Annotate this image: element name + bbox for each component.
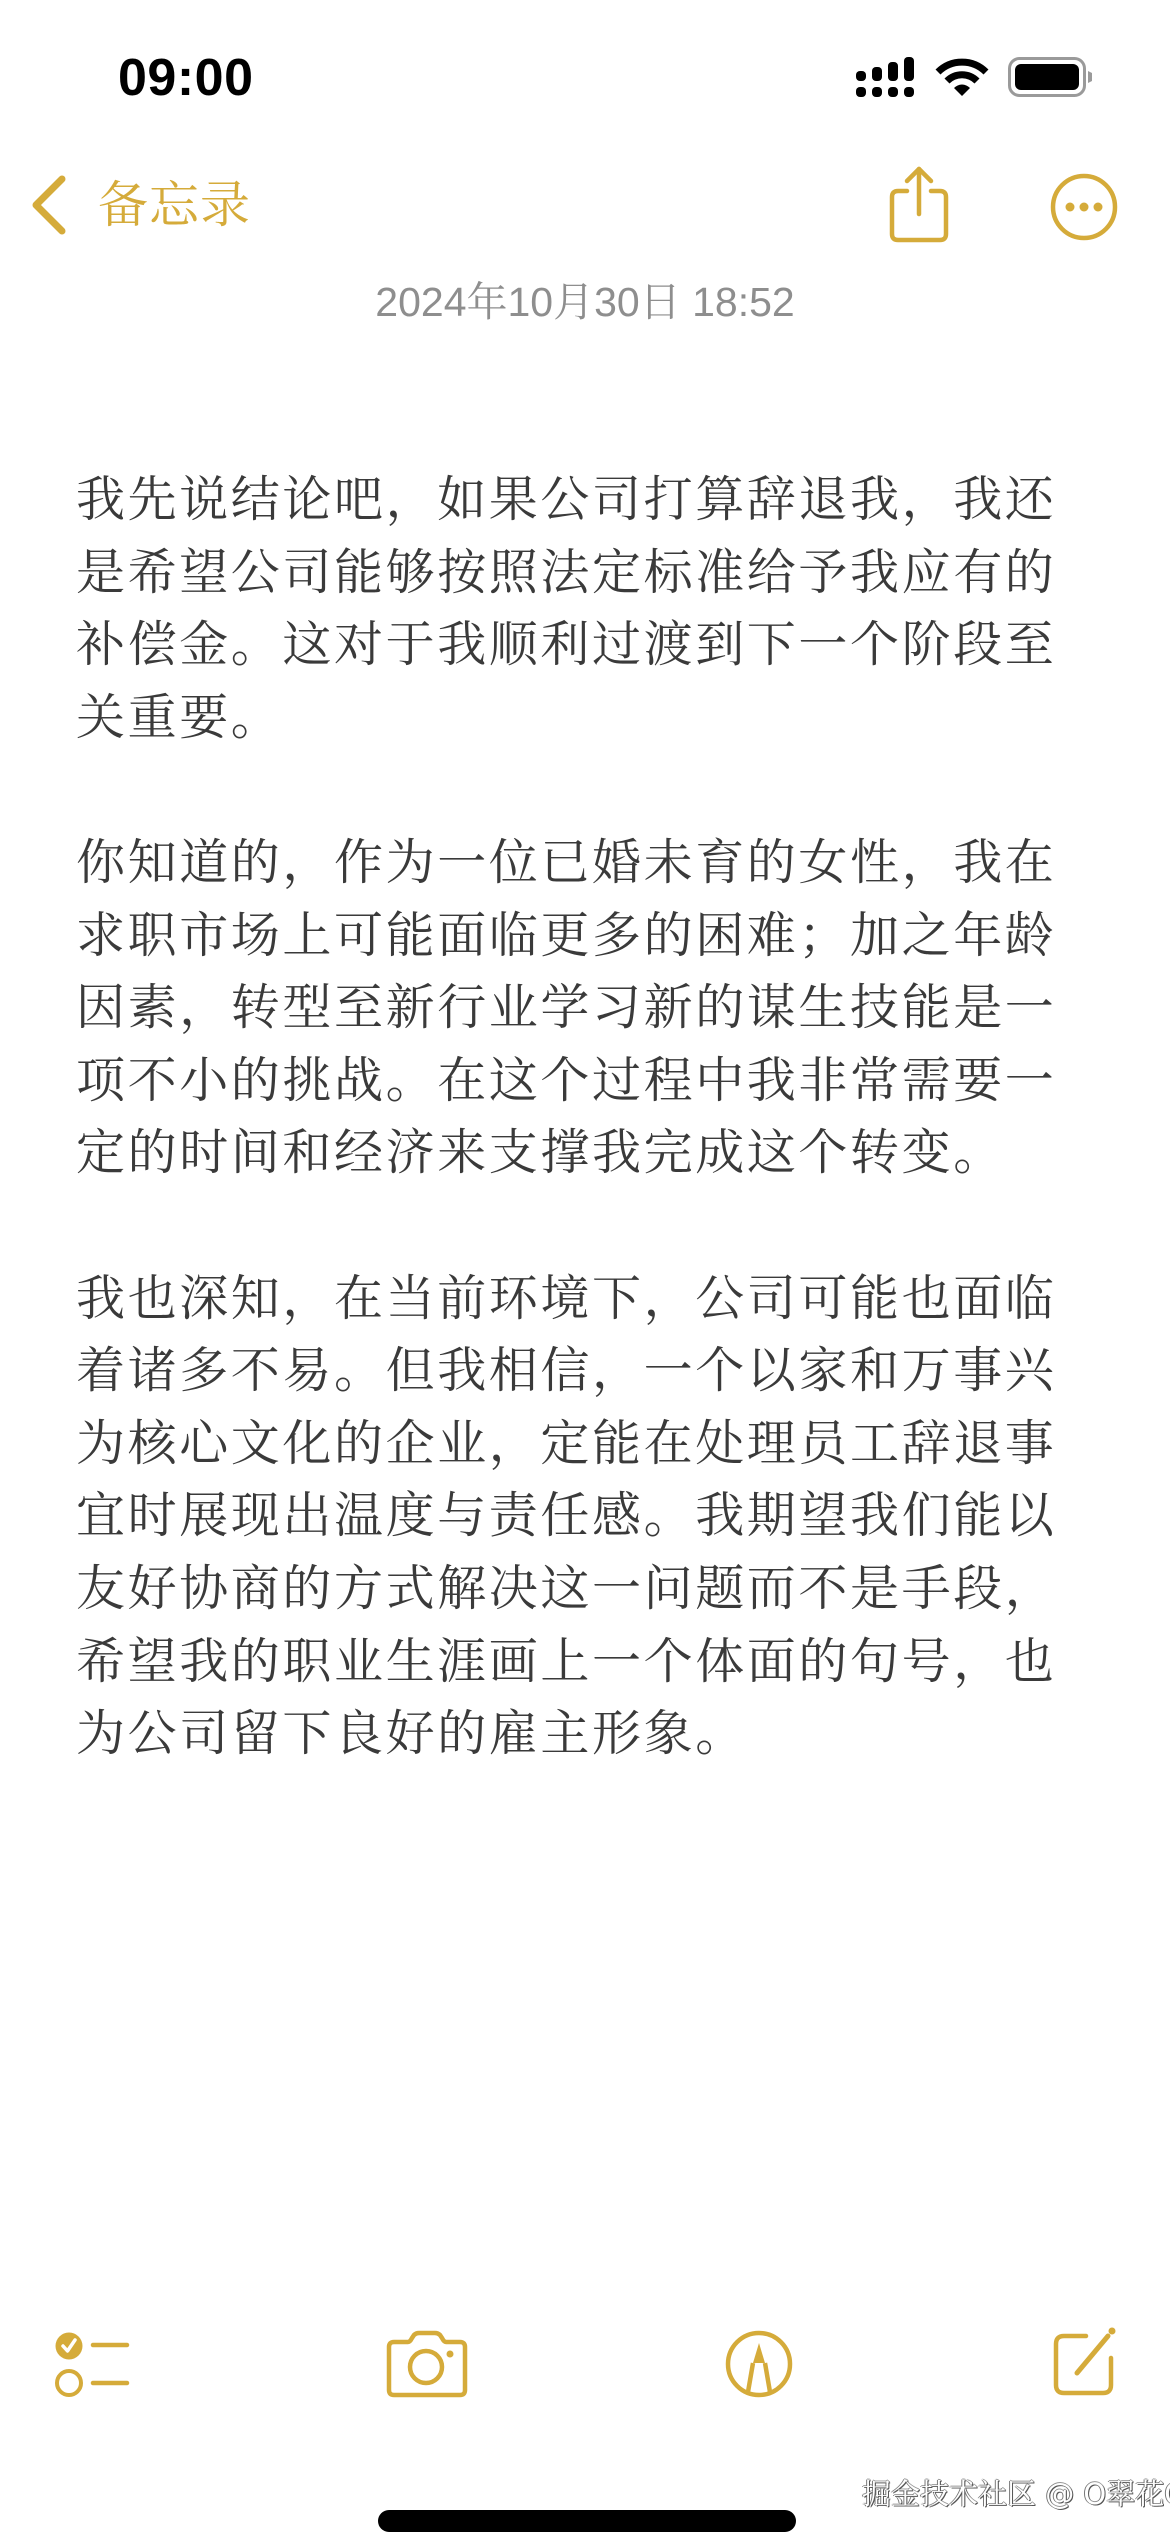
home-indicator[interactable] (378, 2510, 796, 2532)
note-line: 关重要。 (76, 682, 1076, 755)
share-icon[interactable] (886, 164, 952, 246)
more-ellipsis-icon[interactable] (1048, 171, 1120, 243)
chevron-left-icon (26, 175, 70, 235)
note-line: 宜时展现出温度与责任感。我期望我们能以 (76, 1480, 1076, 1553)
back-label: 备忘录 (98, 170, 251, 240)
cellular-signal-icon (856, 57, 914, 97)
compose-icon[interactable] (1048, 2326, 1120, 2402)
paragraph-spacer (76, 1190, 1076, 1263)
back-button[interactable]: 备忘录 (20, 170, 251, 240)
note-line: 友好协商的方式解决这一问题而不是手段， (76, 1553, 1076, 1626)
note-line: 希望我的职业生涯画上一个体面的句号，也 (76, 1626, 1076, 1699)
paragraph-spacer (76, 754, 1076, 827)
note-line: 我先说结论吧，如果公司打算辞退我，我还 (76, 464, 1076, 537)
checklist-icon[interactable] (52, 2326, 132, 2402)
note-line: 为核心文化的企业，定能在处理员工辞退事 (76, 1408, 1076, 1481)
paragraph-3: 我也深知，在当前环境下，公司可能也面临 着诸多不易。但我相信，一个以家和万事兴 … (76, 1263, 1076, 1771)
note-line: 因素，转型至新行业学习新的谋生技能是一 (76, 972, 1076, 1045)
markup-icon[interactable] (722, 2326, 796, 2402)
note-line: 求职市场上可能面临更多的困难；加之年龄 (76, 900, 1076, 973)
battery-icon (1008, 57, 1094, 97)
wifi-icon (935, 58, 989, 96)
note-timestamp: 2024年10月30日 18:52 (0, 276, 1170, 328)
note-line: 你知道的，作为一位已婚未育的女性，我在 (76, 827, 1076, 900)
note-line: 定的时间和经济来支撑我完成这个转变。 (76, 1117, 1076, 1190)
note-line: 为公司留下良好的雇主形象。 (76, 1698, 1076, 1771)
watermark: 掘金技术社区 @ O翠花O (862, 2474, 1170, 2514)
note-line: 我也深知，在当前环境下，公司可能也面临 (76, 1263, 1076, 1336)
note-body[interactable]: 我先说结论吧，如果公司打算辞退我，我还 是希望公司能够按照法定标准给予我应有的 … (76, 464, 1076, 1771)
note-line: 补偿金。这对于我顺利过渡到下一个阶段至 (76, 609, 1076, 682)
camera-icon[interactable] (384, 2326, 470, 2402)
paragraph-2: 你知道的，作为一位已婚未育的女性，我在 求职市场上可能面临更多的困难；加之年龄 … (76, 827, 1076, 1190)
note-line: 是希望公司能够按照法定标准给予我应有的 (76, 537, 1076, 610)
note-line: 项不小的挑战。在这个过程中我非常需要一 (76, 1045, 1076, 1118)
note-line: 着诸多不易。但我相信，一个以家和万事兴 (76, 1335, 1076, 1408)
paragraph-1: 我先说结论吧，如果公司打算辞退我，我还 是希望公司能够按照法定标准给予我应有的 … (76, 464, 1076, 754)
status-time: 09:00 (118, 50, 254, 106)
